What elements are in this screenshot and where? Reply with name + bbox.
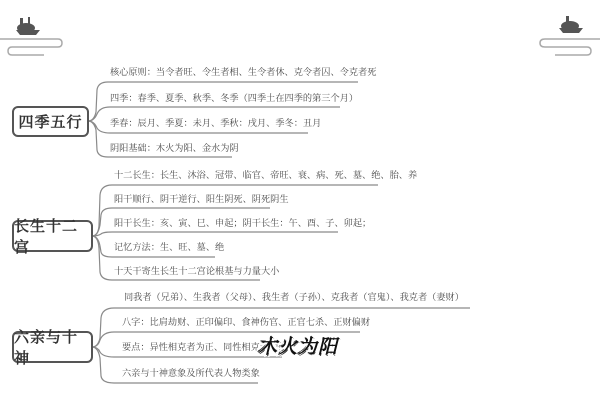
leaf-imagery[interactable]: 六亲与十神意象及所代表人物类象 <box>122 368 260 380</box>
leaf-four-seasons[interactable]: 四季：春季、夏季、秋季、冬季（四季土在四季的第三个月） <box>110 93 358 105</box>
overlay-caption: 木火为阳 <box>258 332 338 359</box>
leaf-yang-forward-yin-reverse[interactable]: 阳干顺行、阴干逆行、阳生阴死、阴死阴生 <box>114 194 289 206</box>
leaf-ten-stems-strength[interactable]: 十天干寄生长生十二宫论根基与力量大小 <box>114 266 279 278</box>
leaf-core-principle[interactable]: 核心原则：当令者旺、令生者相、生令者休、克令者囚、令克者死 <box>110 67 376 79</box>
leaf-bazi-ten-gods[interactable]: 八字：比肩劫财、正印偏印、食神伤官、正官七杀、正财偏财 <box>122 317 370 329</box>
leaf-relations-definition[interactable]: 同我者（兄弟）、生我者（父母）、我生者（子孙）、克我者（官鬼）、我克者（妻财） <box>124 292 464 304</box>
leaf-memory-method[interactable]: 记忆方法：生、旺、墓、绝 <box>114 242 224 254</box>
leaf-twelve-stages-list[interactable]: 十二长生：长生、沐浴、冠带、临官、帝旺、衰、病、死、墓、绝、胎、养 <box>114 170 417 182</box>
topic-six-relations-ten-gods[interactable]: 六亲与十神 <box>12 331 93 363</box>
topic-twelve-life-stages[interactable]: 长生十二宫 <box>12 220 93 252</box>
topic-four-seasons-five-elements[interactable]: 四季五行 <box>12 106 89 137</box>
leaf-yin-yang-basics[interactable]: 阴阳基础：木火为阳、金水为阴 <box>110 143 239 155</box>
leaf-stem-birth-origins[interactable]: 阳干长生：亥、寅、巳、申起；阴干长生：午、酉、子、卯起； <box>114 218 371 230</box>
leaf-late-season-months[interactable]: 季春：辰月、季夏：未月、季秋：戌月、季冬：丑月 <box>110 118 321 130</box>
